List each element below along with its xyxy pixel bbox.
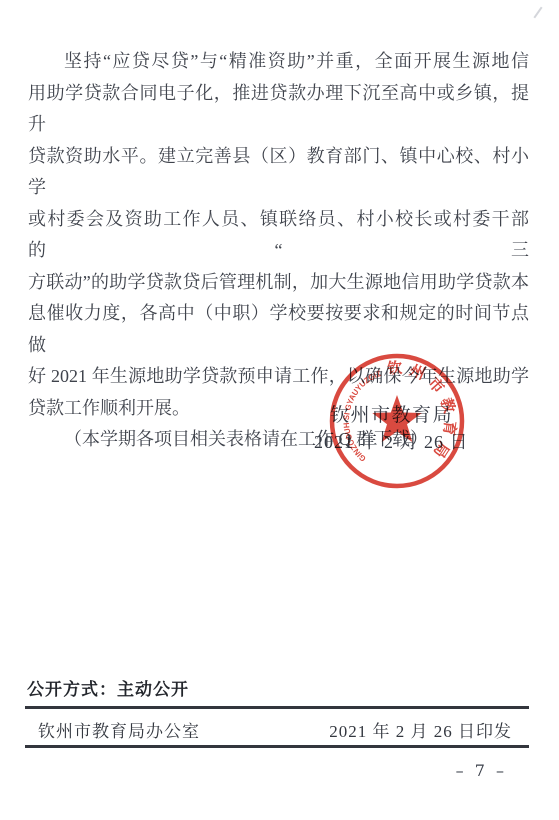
print-date: 2021 年 2 月 26 日印发 <box>329 717 512 742</box>
body-line: 用助学贷款合同电子化，推进贷款办理下沉至高中或乡镇，提升 <box>28 78 529 141</box>
page-number: – 7 – <box>456 761 507 780</box>
seal-star-icon <box>372 395 421 442</box>
issuer-row: 钦州市教育局办公室 2021 年 2 月 26 日印发 <box>38 717 512 742</box>
scan-artifact-mark <box>533 7 542 19</box>
document-page: 坚持“应贷尽贷”与“精准资助”并重，全面开展生源地信 用助学贷款合同电子化，推进… <box>0 0 559 820</box>
issuing-office: 钦州市教育局办公室 <box>38 717 200 742</box>
disclosure-method-label: 公开方式：主动公开 <box>27 675 189 700</box>
footer-divider-top <box>25 706 529 709</box>
footer-divider-bottom <box>25 745 529 748</box>
body-line: 方联动”的助学贷款贷后管理机制，加大生源地信用助学贷款本 <box>28 267 529 299</box>
body-line: 坚持“应贷尽贷”与“精准资助”并重，全面开展生源地信 <box>28 46 529 78</box>
official-seal-stamp: GINZCOUH SI GYAUYUZGIZ 钦州市教育局 <box>327 351 467 491</box>
body-line: 贷款资助水平。建立完善县（区）教育部门、镇中心校、村小学 <box>28 141 529 204</box>
body-line: 或村委会及资助工作人员、镇联络员、村小校长或村委干部的“三 <box>28 204 529 267</box>
